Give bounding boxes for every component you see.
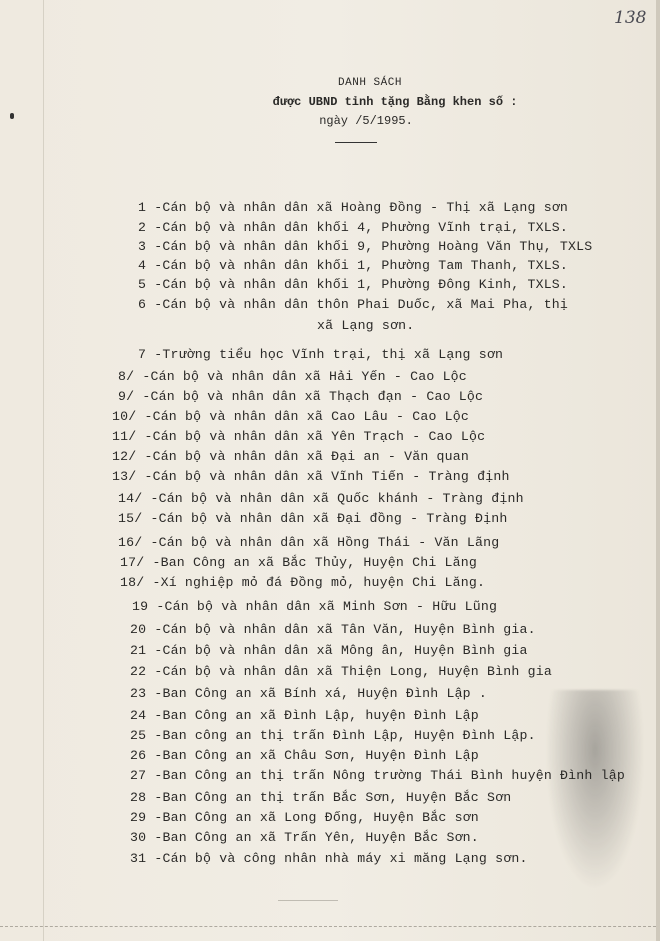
item-number: 24 -	[130, 708, 162, 723]
list-item: 2 - Cán bộ và nhân dân khối 4, Phường Vĩ…	[138, 220, 568, 235]
list-item: 6 - Cán bộ và nhân dân thôn Phai Duốc, x…	[138, 297, 568, 312]
item-number: 2 -	[138, 220, 162, 235]
item-text: Cán bộ và nhân dân xã Thạch đạn - Cao Lộ…	[150, 389, 483, 404]
item-text: Cán bộ và nhân dân xã Mông ân, Huyện Bìn…	[162, 643, 527, 658]
item-text: Cán bộ và nhân dân khối 4, Phường Vĩnh t…	[162, 220, 568, 235]
item-number: 12/ -	[112, 449, 153, 464]
item-number: 21 -	[130, 643, 162, 658]
item-text: Cán bộ và nhân dân xã Hải Yến - Cao Lộc	[150, 369, 466, 384]
item-number: 1 -	[138, 200, 162, 215]
list-item: 9/ - Cán bộ và nhân dân xã Thạch đạn - C…	[118, 389, 483, 404]
document-page: 138 DANH SÁCH được UBND tỉnh tặng Bằng k…	[0, 0, 656, 941]
list-item: 15/ - Cán bộ và nhân dân xã Đại đồng - T…	[118, 511, 507, 526]
document-title: DANH SÁCH	[40, 77, 660, 89]
list-item: 23 - Ban Công an xã Bính xá, Huyện Đình …	[130, 686, 487, 701]
item-text: Ban Công an xã Đình Lập, huyện Đình Lập	[162, 708, 478, 723]
item-text: Ban Công an xã Bắc Thủy, Huyện Chi Lăng	[161, 555, 477, 570]
item-number: 29 -	[130, 810, 162, 825]
list-item: 14/ - Cán bộ và nhân dân xã Quốc khánh -…	[118, 491, 524, 506]
list-item: 4 - Cán bộ và nhân dân khối 1, Phường Ta…	[138, 258, 568, 273]
handwritten-page-number: 138	[614, 8, 646, 28]
item-number: 20 -	[130, 622, 162, 637]
list-item: 24 - Ban Công an xã Đình Lập, huyện Đình…	[130, 708, 479, 723]
list-item: 10/ - Cán bộ và nhân dân xã Cao Lâu - Ca…	[112, 409, 469, 424]
bottom-divider	[278, 900, 338, 901]
item-number: 22 -	[130, 664, 162, 679]
item-text: Ban Công an xã Long Đống, Huyện Bắc sơn	[162, 810, 478, 825]
list-item: 21 - Cán bộ và nhân dân xã Mông ân, Huyệ…	[130, 643, 528, 658]
ink-speck	[10, 113, 14, 119]
item-number: 8/ -	[118, 369, 150, 384]
item-number: 15/ -	[118, 511, 159, 526]
list-item: 13/ - Cán bộ và nhân dân xã Vĩnh Tiến - …	[112, 469, 510, 484]
item-text: Cán bộ và nhân dân xã Tân Văn, Huyện Bìn…	[162, 622, 535, 637]
item-number: 3 -	[138, 239, 162, 254]
item-number: 6 -	[138, 297, 162, 312]
list-item: 12/ - Cán bộ và nhân dân xã Đại an - Văn…	[112, 449, 469, 464]
list-item: 17/ - Ban Công an xã Bắc Thủy, Huyện Chi…	[120, 555, 477, 570]
item-number: 18/ -	[120, 575, 161, 590]
item-text: Cán bộ và nhân dân khối 1, Phường Tam Th…	[162, 258, 568, 273]
item-number: 9/ -	[118, 389, 150, 404]
item-number: 23 -	[130, 686, 162, 701]
list-item: 11/ - Cán bộ và nhân dân xã Yên Trạch - …	[112, 429, 485, 444]
item-text: Cán bộ và nhân dân xã Yên Trạch - Cao Lộ…	[153, 429, 486, 444]
item-text: Ban công an thị trấn Đình Lập, Huyện Đìn…	[162, 728, 535, 743]
item-number: 31 -	[130, 851, 162, 866]
list-item: 5 - Cán bộ và nhân dân khối 1, Phường Đô…	[138, 277, 568, 292]
item-text: Cán bộ và nhân dân xã Vĩnh Tiến - Tràng …	[153, 469, 510, 484]
document-date: ngày /5/1995.	[36, 114, 660, 128]
page-edge	[656, 0, 660, 941]
item-text: Cán bộ và nhân dân xã Cao Lâu - Cao Lộc	[153, 409, 469, 424]
list-item: 26 - Ban Công an xã Châu Sơn, Huyện Đình…	[130, 748, 479, 763]
item-text: Ban Công an xã Bính xá, Huyện Đình Lập .	[162, 686, 487, 701]
list-item-continuation: xã Lạng sơn.	[317, 318, 414, 333]
item-text: Ban Công an xã Châu Sơn, Huyện Đình Lập	[162, 748, 478, 763]
item-text: Cán bộ và nhân dân xã Quốc khánh - Tràng…	[159, 491, 524, 506]
list-item: 28 - Ban Công an thị trấn Bắc Sơn, Huyện…	[130, 790, 511, 805]
list-item: 7 - Trường tiểu học Vĩnh trại, thị xã Lạ…	[138, 347, 503, 362]
item-text: Cán bộ và nhân dân xã Đại đồng - Tràng Đ…	[159, 511, 508, 526]
list-item: 20 - Cán bộ và nhân dân xã Tân Văn, Huyệ…	[130, 622, 536, 637]
fold-line-vertical	[43, 0, 44, 941]
item-text: Cán bộ và nhân dân xã Hồng Thái - Văn Lã…	[159, 535, 500, 550]
document-subtitle: được UBND tỉnh tặng Bằng khen số :	[65, 95, 660, 109]
item-text: Ban Công an xã Trấn Yên, Huyện Bắc Sơn.	[162, 830, 478, 845]
list-item: 3 - Cán bộ và nhân dân khối 9, Phường Ho…	[138, 239, 592, 254]
item-number: 26 -	[130, 748, 162, 763]
item-number: 19 -	[132, 599, 164, 614]
item-number: 14/ -	[118, 491, 159, 506]
item-number: 25 -	[130, 728, 162, 743]
item-number: 5 -	[138, 277, 162, 292]
item-number: 30 -	[130, 830, 162, 845]
list-item: 22 - Cán bộ và nhân dân xã Thiện Long, H…	[130, 664, 552, 679]
list-item: 1 - Cán bộ và nhân dân xã Hoàng Đồng - T…	[138, 200, 568, 215]
list-item: 29 - Ban Công an xã Long Đống, Huyện Bắc…	[130, 810, 479, 825]
header-divider	[335, 142, 377, 143]
item-text: Xí nghiệp mỏ đá Đồng mỏ, huyện Chi Lăng.	[161, 575, 486, 590]
fold-line-horizontal	[0, 926, 656, 927]
item-number: 27 -	[130, 768, 162, 783]
item-text: Cán bộ và nhân dân khối 1, Phường Đông K…	[162, 277, 568, 292]
item-number: 10/ -	[112, 409, 153, 424]
item-number: 28 -	[130, 790, 162, 805]
item-number: 17/ -	[120, 555, 161, 570]
item-number: 7 -	[138, 347, 162, 362]
list-item: 8/ - Cán bộ và nhân dân xã Hải Yến - Cao…	[118, 369, 467, 384]
item-number: 4 -	[138, 258, 162, 273]
item-text: Cán bộ và nhân dân xã Minh Sơn - Hữu Lũn…	[164, 599, 497, 614]
list-item: 18/ - Xí nghiệp mỏ đá Đồng mỏ, huyện Chi…	[120, 575, 485, 590]
item-number: 13/ -	[112, 469, 153, 484]
list-item: 16/ - Cán bộ và nhân dân xã Hồng Thái - …	[118, 535, 499, 550]
item-text: Ban Công an thị trấn Nông trường Thái Bì…	[162, 768, 625, 783]
item-text: Trường tiểu học Vĩnh trại, thị xã Lạng s…	[162, 347, 503, 362]
item-text: Cán bộ và nhân dân xã Đại an - Văn quan	[153, 449, 469, 464]
list-item: 19 - Cán bộ và nhân dân xã Minh Sơn - Hữ…	[132, 599, 497, 614]
list-item: 31 - Cán bộ và công nhân nhà máy xi măng…	[130, 851, 528, 866]
item-number: 16/ -	[118, 535, 159, 550]
item-text: Cán bộ và nhân dân xã Hoàng Đồng - Thị x…	[162, 200, 568, 215]
item-number: 11/ -	[112, 429, 153, 444]
item-text: Cán bộ và nhân dân thôn Phai Duốc, xã Ma…	[162, 297, 568, 312]
item-text: Ban Công an thị trấn Bắc Sơn, Huyện Bắc …	[162, 790, 511, 805]
list-item: 30 - Ban Công an xã Trấn Yên, Huyện Bắc …	[130, 830, 479, 845]
list-item: 27 - Ban Công an thị trấn Nông trường Th…	[130, 768, 625, 783]
item-text: Cán bộ và nhân dân khối 9, Phường Hoàng …	[162, 239, 592, 254]
item-text: Cán bộ và nhân dân xã Thiện Long, Huyện …	[162, 664, 551, 679]
ink-smudge	[545, 690, 645, 890]
list-item: 25 - Ban công an thị trấn Đình Lập, Huyệ…	[130, 728, 536, 743]
item-text: Cán bộ và công nhân nhà máy xi măng Lạng…	[162, 851, 527, 866]
